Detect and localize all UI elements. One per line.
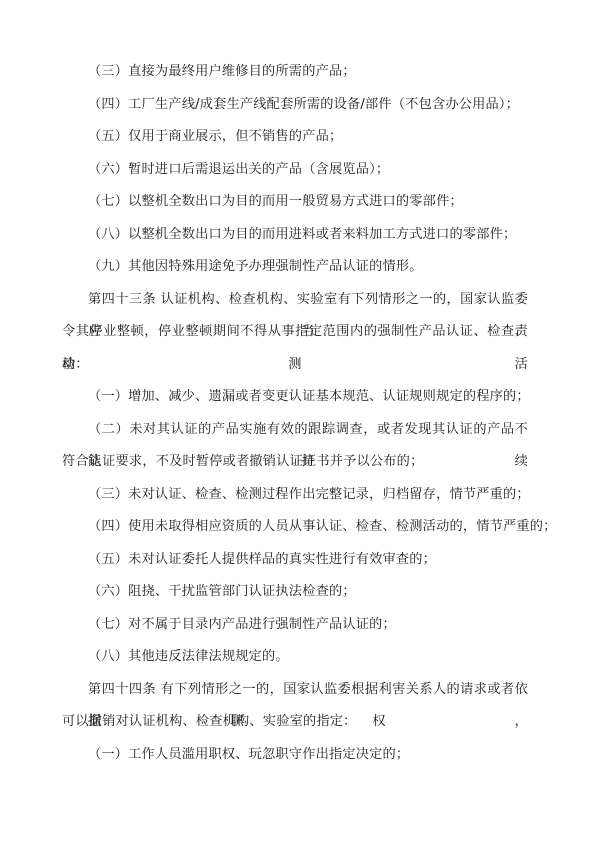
art43-item-4: （四）使用未取得相应资质的人员从事认证、检查、检测活动的，情节严重的；: [62, 511, 528, 544]
item-4-production-line-equipment: （四）工厂生产线/成套生产线配套所需的设备/部件（不包含办公用品）；: [62, 89, 528, 122]
document-page: （三）直接为最终用户维修目的所需的产品； （四）工厂生产线/成套生产线配套所需的…: [62, 56, 528, 771]
art43-item-8: （八）其他违反法律法规规定的。: [62, 641, 528, 674]
art43-item-3: （三）未对认证、检查、检测过程作出完整记录，归档留存，情节严重的；: [62, 479, 528, 512]
article-43-heading: 第四十三条 认证机构、检查机构、实验室有下列情形之一的，国家认监委应当责: [62, 284, 528, 317]
item-3-repair-products: （三）直接为最终用户维修目的所需的产品；: [62, 56, 528, 89]
art43-item-6: （六）阻挠、干扰监管部门认证执法检查的；: [62, 576, 528, 609]
art43-item-5: （五）未对认证委托人提供样品的真实性进行有效审查的；: [62, 544, 528, 577]
art43-item-2: （二）未对其认证的产品实施有效的跟踪调查，或者发现其认证的产品不能持续: [62, 414, 528, 447]
art43-item-1: （一）增加、减少、遗漏或者变更认证基本规范、认证规则规定的程序的；: [62, 381, 528, 414]
item-8-processing-trade-parts: （八）以整机全数出口为目的而用进料或者来料加工方式进口的零部件；: [62, 219, 528, 252]
item-9-other-special-use: （九）其他因特殊用途免予办理强制性产品认证的情形。: [62, 251, 528, 284]
item-7-general-trade-parts: （七）以整机全数出口为目的而用一般贸易方式进口的零部件；: [62, 186, 528, 219]
art44-item-1: （一）工作人员滥用职权、玩忽职守作出指定决定的；: [62, 739, 528, 772]
article-43-continuation: 令其停业整顿，停业整顿期间不得从事指定范围内的强制性产品认证、检查、检测活: [62, 316, 528, 349]
art43-item-7: （七）对不属于目录内产品进行强制性产品认证的；: [62, 609, 528, 642]
article-44-heading: 第四十四条 有下列情形之一的，国家认监委根据利害关系人的请求或者依据职权，: [62, 674, 528, 707]
item-5-commercial-display: （五）仅用于商业展示，但不销售的产品；: [62, 121, 528, 154]
item-6-temporary-import: （六）暂时进口后需退运出关的产品（含展览品）；: [62, 154, 528, 187]
